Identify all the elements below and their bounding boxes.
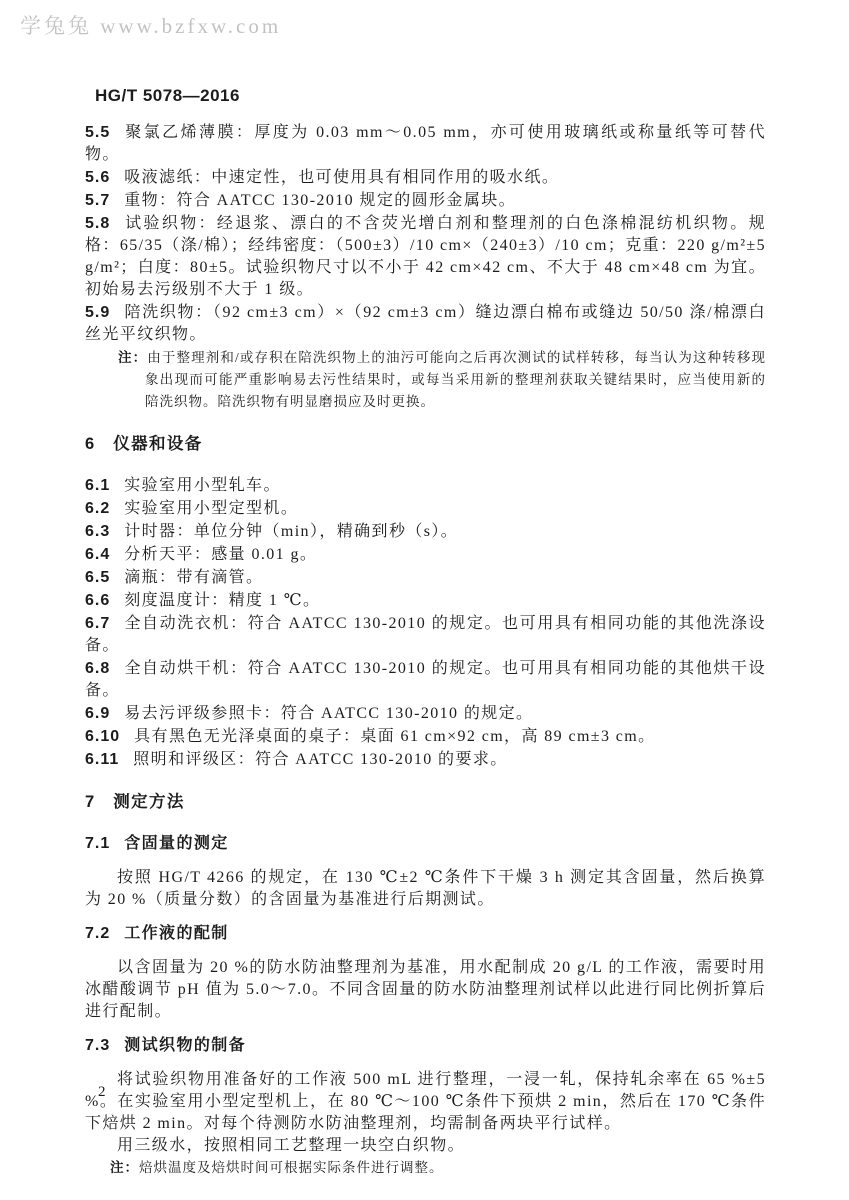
clause-number: 7.3 xyxy=(85,1037,110,1054)
clause-6.9: 6.9易去污评级参照卡：符合 AATCC 130-2010 的规定。 xyxy=(85,703,766,725)
note-5: 注：由于整理剂和/或存积在陪洗织物上的油污可能向之后再次测试的试样转移，每当认为… xyxy=(85,347,766,413)
clause-number: 5.6 xyxy=(85,169,110,186)
page-header-standard-number: HG/T 5078—2016 xyxy=(95,86,240,106)
note-26: 注：焙烘温度及焙烘时间可根据实际条件进行调整。 xyxy=(110,1157,766,1179)
clause-number: 5.7 xyxy=(85,192,110,209)
clause-number: 6.1 xyxy=(85,477,110,494)
block-text: 试验织物：经退浆、漂白的不含荧光增白剂和整理剂的白色涤棉混纺机织物。规格：65/… xyxy=(85,215,766,298)
document-page: 学兔兔 www.bzfxw.com HG/T 5078—2016 5.5聚氯乙烯… xyxy=(0,0,849,1200)
block-text: 工作液的配制 xyxy=(124,925,228,942)
clause-6.2: 6.2实验室用小型定型机。 xyxy=(85,498,766,520)
clause-5.7: 5.7重物：符合 AATCC 130-2010 规定的圆形金属块。 xyxy=(85,190,766,212)
paragraph-25: 用三级水，按照相同工艺整理一块空白织物。 xyxy=(85,1135,766,1157)
block-text: 分析天平：感量 0.01 g。 xyxy=(124,546,317,563)
clause-number: 6 xyxy=(85,435,95,453)
clause-number: 6.9 xyxy=(85,705,110,722)
paragraph-20: 按照 HG/T 4266 的规定，在 130 ℃±2 ℃条件下干燥 3 h 测定… xyxy=(85,867,766,911)
clause-number: 6.2 xyxy=(85,500,110,517)
clause-6.10: 6.10具有黑色无光泽桌面的桌子：桌面 61 cm×92 cm，高 89 cm±… xyxy=(85,726,766,748)
block-text: 聚氯乙烯薄膜：厚度为 0.03 mm～0.05 mm，亦可使用玻璃纸或称量纸等可… xyxy=(85,124,766,163)
block-text: 吸液滤纸：中速定性，也可使用具有相同作用的吸水纸。 xyxy=(124,169,559,186)
section-heading-6: 6仪器和设备 xyxy=(85,433,766,455)
block-text: 由于整理剂和/或存积在陪洗织物上的油污可能向之后再次测试的试样转移，每当认为这种… xyxy=(145,350,766,409)
block-text: 将试验织物用准备好的工作液 500 mL 进行整理，一浸一轧，保持轧余率在 65… xyxy=(85,1071,766,1132)
watermark: 学兔兔 www.bzfxw.com xyxy=(20,10,281,40)
clause-number: 6.5 xyxy=(85,569,110,586)
clause-number: 7.1 xyxy=(85,835,110,852)
sub-section-heading-7.1: 7.1含固量的测定 xyxy=(85,833,766,855)
clause-number: 6.4 xyxy=(85,546,110,563)
clause-6.11: 6.11照明和评级区：符合 AATCC 130-2010 的要求。 xyxy=(85,749,766,771)
note-label: 注： xyxy=(110,1160,139,1175)
clause-6.1: 6.1实验室用小型轧车。 xyxy=(85,475,766,497)
clause-5.5: 5.5聚氯乙烯薄膜：厚度为 0.03 mm～0.05 mm，亦可使用玻璃纸或称量… xyxy=(85,122,766,166)
clause-number: 7 xyxy=(85,793,95,811)
clause-6.5: 6.5滴瓶：带有滴管。 xyxy=(85,567,766,589)
block-text: 测定方法 xyxy=(113,793,185,811)
clause-number: 7.2 xyxy=(85,925,110,942)
clause-number: 5.5 xyxy=(85,124,110,141)
block-text: 具有黑色无光泽桌面的桌子：桌面 61 cm×92 cm，高 89 cm±3 cm… xyxy=(134,728,655,745)
clause-number: 5.8 xyxy=(85,215,110,232)
block-text: 全自动洗衣机：符合 AATCC 130-2010 的规定。也可用具有相同功能的其… xyxy=(85,615,766,654)
block-text: 测试织物的制备 xyxy=(124,1037,246,1054)
block-text: 含固量的测定 xyxy=(124,835,228,852)
block-text: 仪器和设备 xyxy=(113,435,203,453)
block-text: 刻度温度计：精度 1 ℃。 xyxy=(124,592,320,609)
block-text: 滴瓶：带有滴管。 xyxy=(124,569,263,586)
block-text: 陪洗织物：（92 cm±3 cm）×（92 cm±3 cm）缝边漂白棉布或缝边 … xyxy=(85,304,766,343)
block-text: 焙烘温度及焙烘时间可根据实际条件进行调整。 xyxy=(139,1160,444,1175)
clause-number: 6.10 xyxy=(85,728,120,745)
block-text: 计时器：单位分钟（min），精确到秒（s）。 xyxy=(124,523,458,540)
clause-number: 6.7 xyxy=(85,615,110,632)
section-heading-7: 7测定方法 xyxy=(85,791,766,813)
block-text: 实验室用小型轧车。 xyxy=(124,477,281,494)
document-body: 5.5聚氯乙烯薄膜：厚度为 0.03 mm～0.05 mm，亦可使用玻璃纸或称量… xyxy=(85,122,766,1180)
block-text: 按照 HG/T 4266 的规定，在 130 ℃±2 ℃条件下干燥 3 h 测定… xyxy=(85,869,766,908)
clause-number: 6.3 xyxy=(85,523,110,540)
clause-number: 5.9 xyxy=(85,304,110,321)
clause-6.4: 6.4分析天平：感量 0.01 g。 xyxy=(85,544,766,566)
block-text: 全自动烘干机：符合 AATCC 130-2010 的规定。也可用具有相同功能的其… xyxy=(85,660,766,699)
block-text: 易去污评级参照卡：符合 AATCC 130-2010 的规定。 xyxy=(124,705,533,722)
note-label: 注： xyxy=(118,350,147,365)
block-text: 以含固量为 20 %的防水防油整理剂为基准，用水配制成 20 g/L 的工作液，… xyxy=(85,959,766,1020)
block-text: 用三级水，按照相同工艺整理一块空白织物。 xyxy=(117,1137,465,1154)
sub-section-heading-7.2: 7.2工作液的配制 xyxy=(85,923,766,945)
block-text: 照明和评级区：符合 AATCC 130-2010 的要求。 xyxy=(133,751,507,768)
clause-number: 6.8 xyxy=(85,660,110,677)
clause-6.3: 6.3计时器：单位分钟（min），精确到秒（s）。 xyxy=(85,521,766,543)
page-number: 2 xyxy=(98,1084,106,1101)
block-text: 重物：符合 AATCC 130-2010 规定的圆形金属块。 xyxy=(124,192,516,209)
clause-6.6: 6.6刻度温度计：精度 1 ℃。 xyxy=(85,590,766,612)
clause-5.9: 5.9陪洗织物：（92 cm±3 cm）×（92 cm±3 cm）缝边漂白棉布或… xyxy=(85,302,766,346)
clause-number: 6.6 xyxy=(85,592,110,609)
clause-number: 6.11 xyxy=(85,751,119,768)
clause-6.8: 6.8全自动烘干机：符合 AATCC 130-2010 的规定。也可用具有相同功… xyxy=(85,658,766,702)
clause-5.8: 5.8试验织物：经退浆、漂白的不含荧光增白剂和整理剂的白色涤棉混纺机织物。规格：… xyxy=(85,213,766,301)
clause-6.7: 6.7全自动洗衣机：符合 AATCC 130-2010 的规定。也可用具有相同功… xyxy=(85,613,766,657)
paragraph-22: 以含固量为 20 %的防水防油整理剂为基准，用水配制成 20 g/L 的工作液，… xyxy=(85,957,766,1023)
block-text: 实验室用小型定型机。 xyxy=(124,500,298,517)
paragraph-24: 将试验织物用准备好的工作液 500 mL 进行整理，一浸一轧，保持轧余率在 65… xyxy=(85,1069,766,1135)
sub-section-heading-7.3: 7.3测试织物的制备 xyxy=(85,1035,766,1057)
clause-5.6: 5.6吸液滤纸：中速定性，也可使用具有相同作用的吸水纸。 xyxy=(85,167,766,189)
